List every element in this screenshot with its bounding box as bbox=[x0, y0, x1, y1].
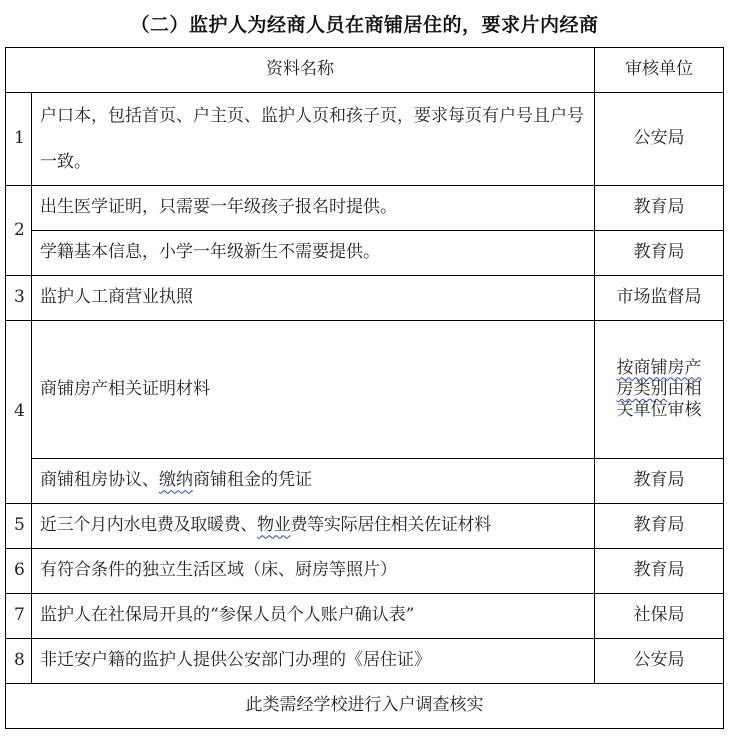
review-unit: 教育局 bbox=[595, 549, 724, 594]
review-unit: 教育局 bbox=[595, 231, 724, 276]
material-name: 有符合条件的独立生活区域（床、厨房等照片） bbox=[32, 549, 595, 594]
footer-note: 此类需经学校进行入户调查核实 bbox=[6, 684, 724, 729]
review-unit-line1: 按商铺房产 bbox=[617, 358, 702, 378]
material-name-part: 费等实际居住相关佐证材料 bbox=[291, 515, 491, 535]
review-unit: 按商铺房产 房类别由相 关单位审核 bbox=[595, 321, 724, 459]
row-number: 7 bbox=[6, 594, 32, 639]
materials-table: 资料名称 审核单位 1 户口本，包括首页、户主页、监护人页和孩子页，要求每页有户… bbox=[5, 47, 724, 729]
material-name: 出生医学证明，只需要一年级孩子报名时提供。 bbox=[32, 186, 595, 231]
table-row: 7 监护人在社保局开具的“参保人员个人账户确认表” 社保局 bbox=[6, 594, 724, 639]
row-number: 5 bbox=[6, 504, 32, 549]
table-row: 5 近三个月内水电费及取暖费、物业费等实际居住相关佐证材料 教育局 bbox=[6, 504, 724, 549]
review-unit: 公安局 bbox=[595, 93, 724, 186]
table-row: 8 非迁安户籍的监护人提供公安部门办理的《居住证》 公安局 bbox=[6, 639, 724, 684]
header-material-name: 资料名称 bbox=[6, 48, 595, 93]
material-name: 非迁安户籍的监护人提供公安部门办理的《居住证》 bbox=[32, 639, 595, 684]
row-number: 3 bbox=[6, 276, 32, 321]
material-name-part: 商铺租金的凭证 bbox=[193, 470, 312, 490]
material-name: 户口本，包括首页、户主页、监护人页和孩子页，要求每页有户号且户号一致。 bbox=[32, 93, 595, 186]
review-unit: 市场监督局 bbox=[595, 276, 724, 321]
material-name: 监护人在社保局开具的“参保人员个人账户确认表” bbox=[32, 594, 595, 639]
material-name: 监护人工商营业执照 bbox=[32, 276, 595, 321]
review-unit-line2-underlined: 房类别 bbox=[617, 379, 668, 399]
row-number: 8 bbox=[6, 639, 32, 684]
table-row: 6 有符合条件的独立生活区域（床、厨房等照片） 教育局 bbox=[6, 549, 724, 594]
row-number: 1 bbox=[6, 93, 32, 186]
header-review-unit: 审核单位 bbox=[595, 48, 724, 93]
table-row: 2 出生医学证明，只需要一年级孩子报名时提供。 教育局 bbox=[6, 186, 724, 231]
review-unit-line3: 关单位审核 bbox=[617, 400, 702, 420]
review-unit: 社保局 bbox=[595, 594, 724, 639]
row-number: 6 bbox=[6, 549, 32, 594]
table-footer-row: 此类需经学校进行入户调查核实 bbox=[6, 684, 724, 729]
material-name-underlined: 物业 bbox=[257, 515, 290, 535]
table-row: 4 商铺房产相关证明材料 按商铺房产 房类别由相 关单位审核 bbox=[6, 321, 724, 459]
table-row: 3 监护人工商营业执照 市场监督局 bbox=[6, 276, 724, 321]
section-title: （二）监护人为经商人员在商铺居住的，要求片内经商 bbox=[0, 10, 729, 37]
table-header-row: 资料名称 审核单位 bbox=[6, 48, 724, 93]
material-name: 近三个月内水电费及取暖费、物业费等实际居住相关佐证材料 bbox=[32, 504, 595, 549]
table-row: 学籍基本信息，小学一年级新生不需要提供。 教育局 bbox=[6, 231, 724, 276]
review-unit: 教育局 bbox=[595, 459, 724, 504]
row-number: 4 bbox=[6, 321, 32, 504]
material-name-underlined: 缴纳 bbox=[159, 470, 193, 490]
material-name: 学籍基本信息，小学一年级新生不需要提供。 bbox=[32, 231, 595, 276]
row-number: 2 bbox=[6, 186, 32, 276]
review-unit-line2-rest: 由相 bbox=[668, 379, 702, 399]
material-name: 商铺租房协议、缴纳商铺租金的凭证 bbox=[32, 459, 595, 504]
table-row: 商铺租房协议、缴纳商铺租金的凭证 教育局 bbox=[6, 459, 724, 504]
material-name: 商铺房产相关证明材料 bbox=[32, 321, 595, 459]
review-unit: 公安局 bbox=[595, 639, 724, 684]
review-unit: 教育局 bbox=[595, 186, 724, 231]
material-name-part: 近三个月内水电费及取暖费、 bbox=[40, 515, 257, 535]
review-unit: 教育局 bbox=[595, 504, 724, 549]
material-name-part: 商铺租房协议、 bbox=[40, 470, 159, 490]
table-row: 1 户口本，包括首页、户主页、监护人页和孩子页，要求每页有户号且户号一致。 公安… bbox=[6, 93, 724, 186]
